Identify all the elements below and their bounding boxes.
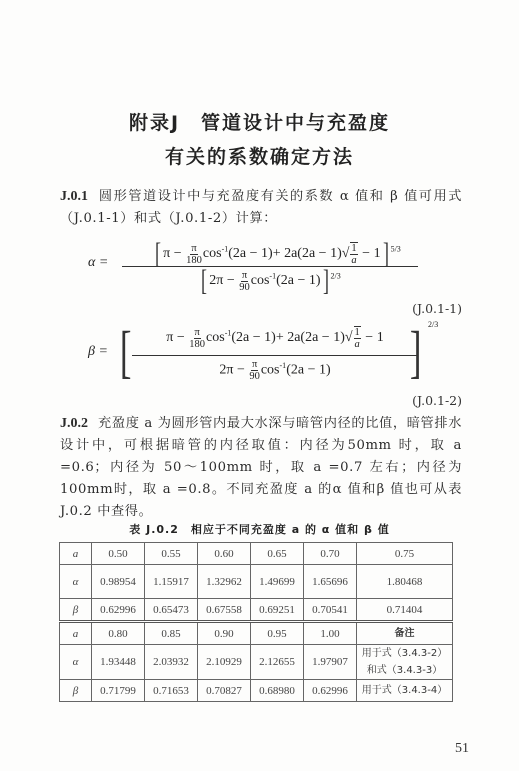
section-j02-text: 充盈度 a 为圆形管内最大水深与暗管内径的比值，暗管排水设计中，可根据暗管的内径… <box>60 416 462 519</box>
equation-number-1: (J.0.1-1) <box>412 301 462 316</box>
beta-denominator: 2π − π90cos-1(2a − 1) <box>132 359 418 382</box>
equation-beta: β = [ π − π180cos-1(2a − 1)+ 2a(2a − 1)√… <box>88 322 428 392</box>
beta-numerator: π − π180cos-1(2a − 1)+ 2a(2a − 1)√1a − 1 <box>132 326 418 350</box>
remarks-header: 备注 <box>357 622 453 645</box>
fraction-bar <box>132 355 418 356</box>
table-row-a-1: a 0.50 0.55 0.60 0.65 0.70 0.75 <box>60 543 453 565</box>
beta-remark: 用于式（3.4.3-4） <box>357 680 453 702</box>
equation-alpha: α = [π − π180cos-1(2a − 1)+ 2a(2a − 1)√1… <box>88 237 428 297</box>
alpha-lhs: α = <box>88 255 108 270</box>
left-bracket: [ <box>120 318 132 385</box>
table-caption: 表 J.0.2 相应于不同充盈度 a 的 α 值和 β 值 <box>0 521 519 537</box>
section-j01-text: 圆形管道设计中与充盈度有关的系数 α 值和 β 值可用式（J.0.1-1）和式（… <box>60 189 462 226</box>
appendix-title-line2: 有关的系数确定方法 <box>0 142 519 169</box>
alpha-denominator: [2π − π90cos-1(2a − 1)]2/3 <box>122 264 418 298</box>
beta-lhs: β = <box>88 344 108 359</box>
table-row-beta-1: β 0.62996 0.65473 0.67558 0.69251 0.7054… <box>60 599 453 622</box>
beta-exponent: 2/3 <box>428 320 438 329</box>
right-bracket: ] <box>410 318 422 385</box>
appendix-title-line1: 附录J 管道设计中与充盈度 <box>0 108 519 135</box>
equation-number-2: (J.0.1-2) <box>412 393 462 408</box>
table-row-alpha-1: α 0.98954 1.15917 1.32962 1.49699 1.6569… <box>60 565 453 599</box>
table-row-alpha-2: α 1.93448 2.03932 2.10929 2.12655 1.9790… <box>60 645 453 680</box>
section-j01-label: J.0.1 <box>60 189 88 204</box>
section-j01: J.0.1圆形管道设计中与充盈度有关的系数 α 值和 β 值可用式（J.0.1-… <box>60 186 462 230</box>
table-row-beta-2: β 0.71799 0.71653 0.70827 0.68980 0.6299… <box>60 680 453 702</box>
coefficient-table: a 0.50 0.55 0.60 0.65 0.70 0.75 α 0.9895… <box>59 542 453 702</box>
page-number: 51 <box>455 741 469 757</box>
section-j02-label: J.0.2 <box>60 416 88 431</box>
section-j02: J.0.2充盈度 a 为圆形管内最大水深与暗管内径的比值，暗管排水设计中，可根据… <box>60 413 462 523</box>
table-row-a-2: a 0.80 0.85 0.90 0.95 1.00 备注 <box>60 622 453 645</box>
alpha-remark: 用于式（3.4.3-2） 和式（3.4.3-3） <box>357 645 453 680</box>
